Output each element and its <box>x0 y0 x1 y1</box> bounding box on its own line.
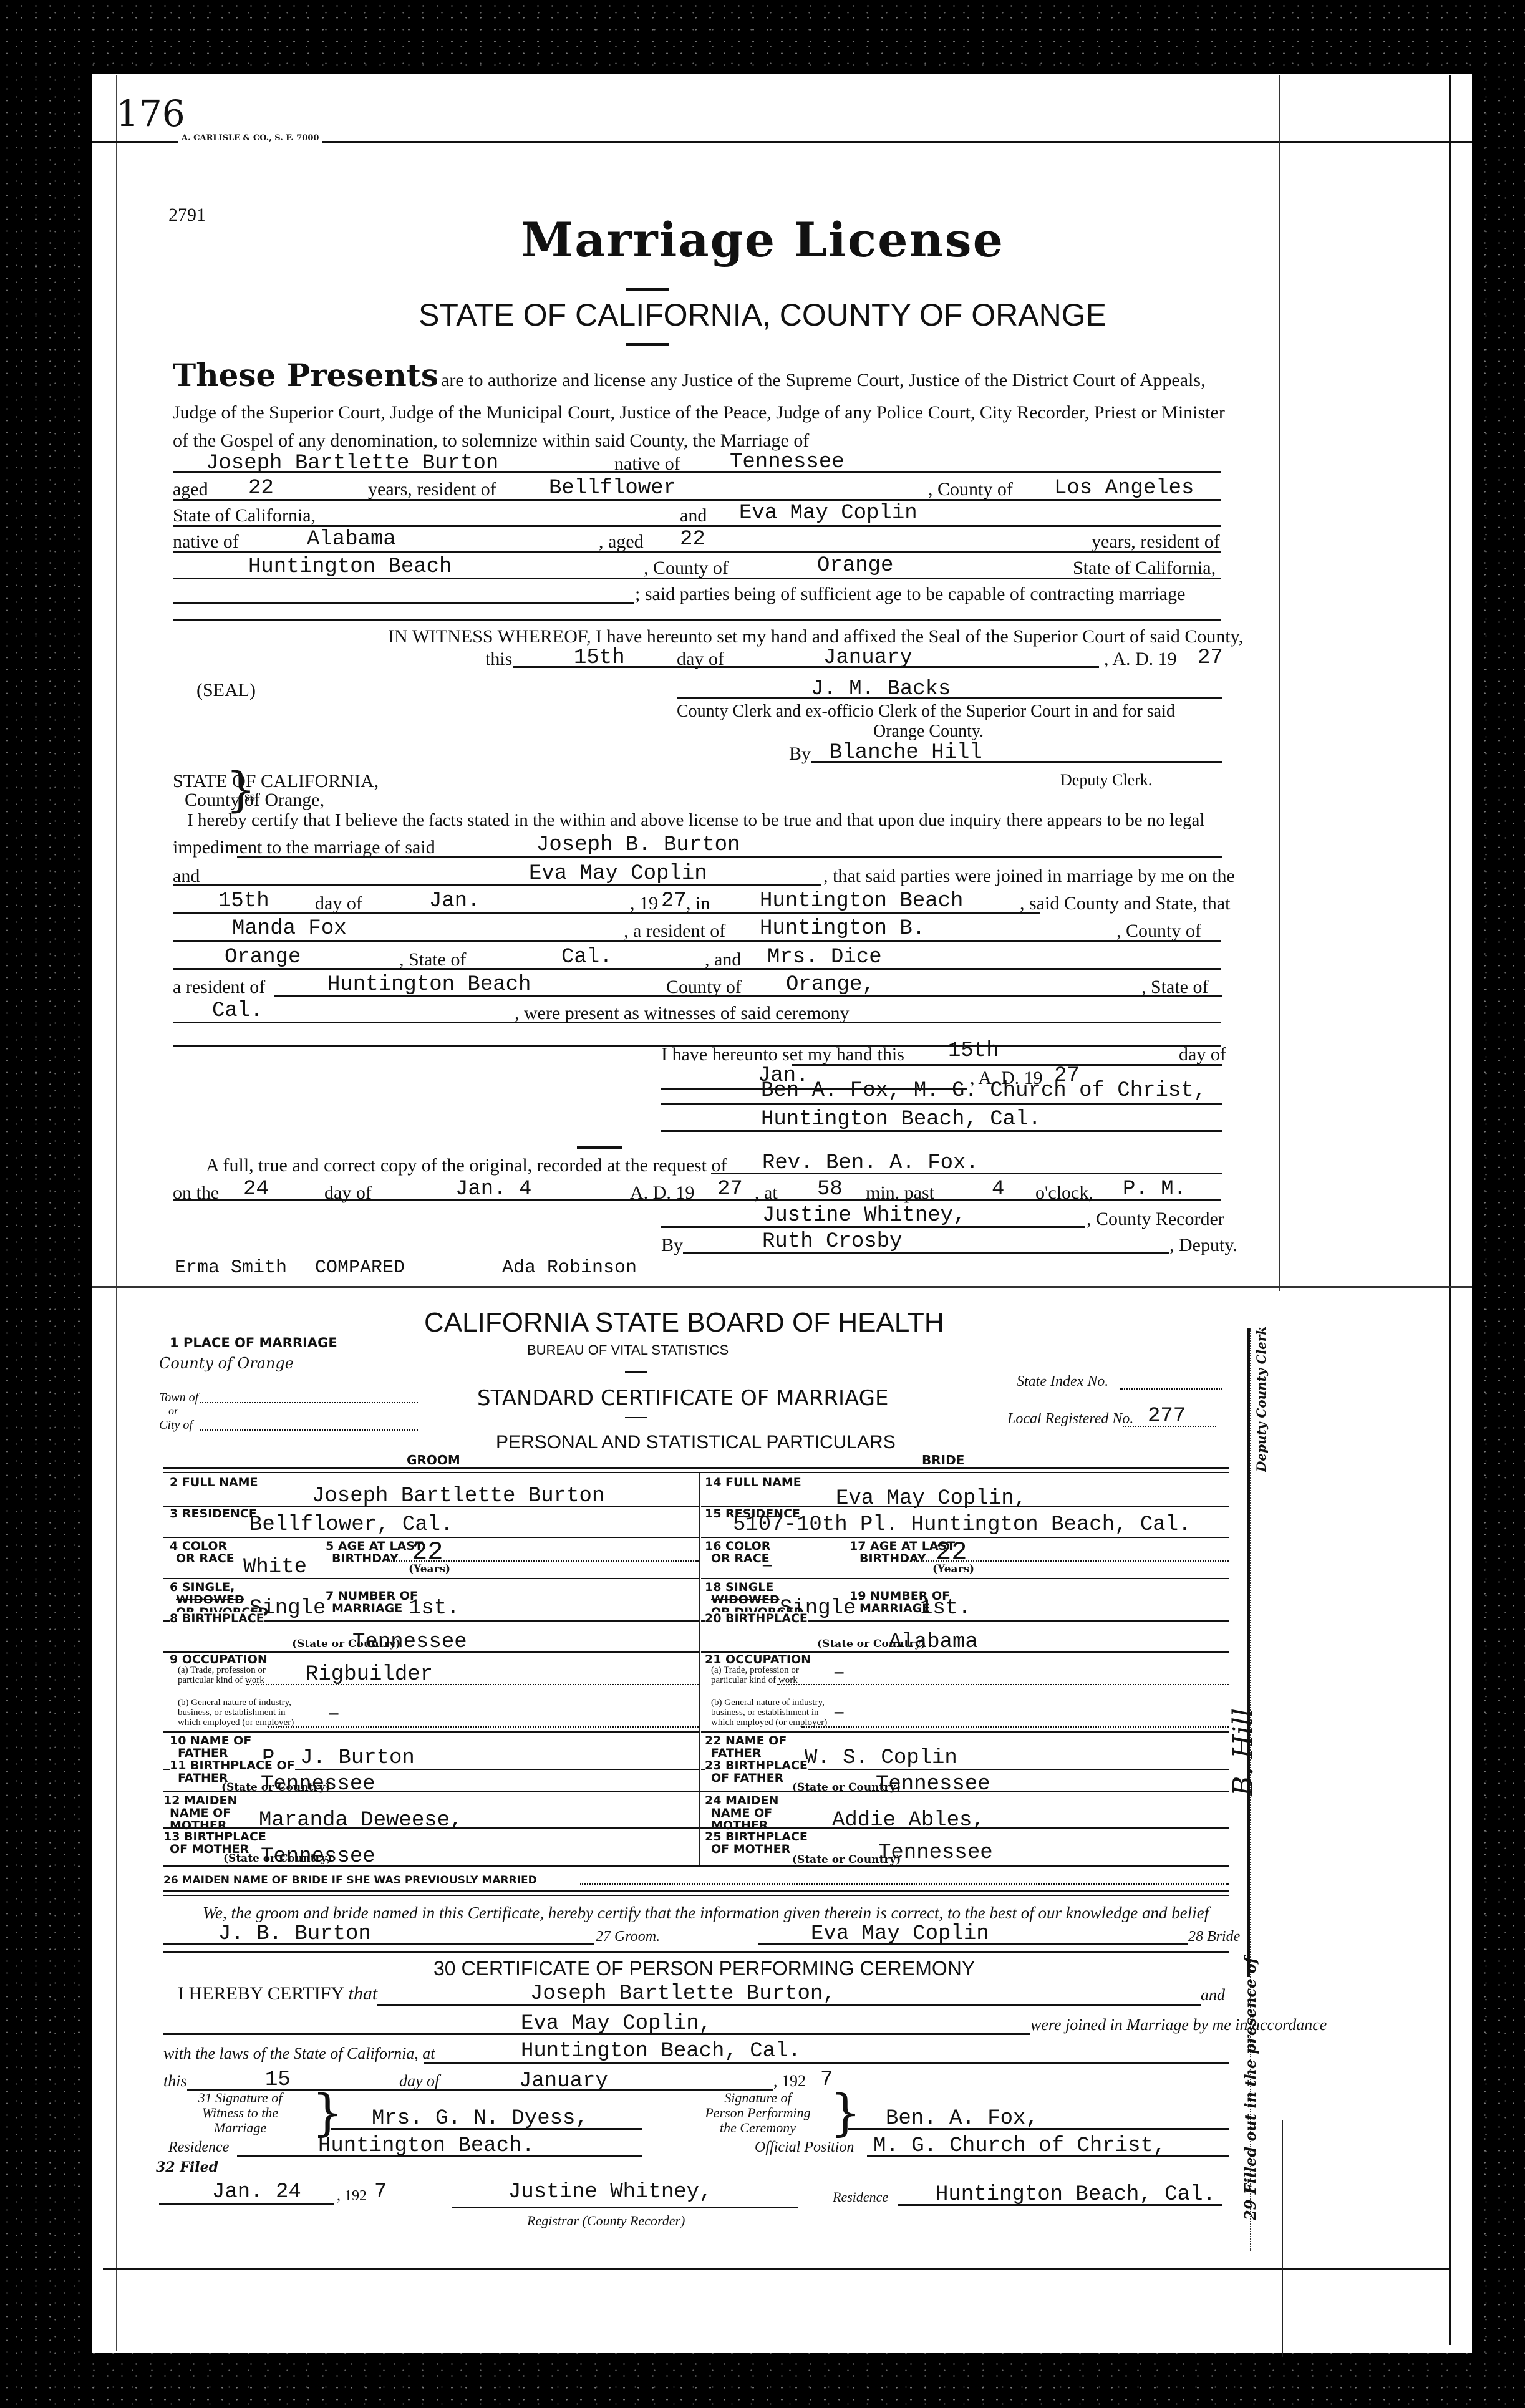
state-label: State of California, <box>1073 558 1216 579</box>
bride-father-field: W. S. Coplin <box>805 1746 957 1770</box>
hand-label: I have hereunto set my hand this <box>661 1044 904 1065</box>
maiden-prev-field <box>580 1883 1229 1885</box>
registrar-signature: Justine Whitney, <box>508 2180 712 2204</box>
ceremony-day-field: 15 <box>265 2068 291 2092</box>
bride-mother-label-2: NAME OF <box>711 1806 772 1820</box>
cert-month-field: Jan. <box>429 889 480 913</box>
filed-label: 32 Filed <box>156 2159 218 2175</box>
bureau-title: BUREAU OF VITAL STATISTICS <box>527 1342 729 1358</box>
groom-occupation-field: Rigbuilder <box>306 1663 433 1686</box>
state-of-label: , State of <box>399 949 466 970</box>
groom-residence-label: 3 RESIDENCE <box>170 1507 257 1521</box>
bride-father-birthplace-label: 23 BIRTHPLACE <box>705 1759 808 1772</box>
field-line <box>173 619 1221 621</box>
officiant-line-1: Ben A. Fox, M. G. Church of Christ, <box>761 1079 1206 1103</box>
maiden-name-prev-label: 26 MAIDEN NAME OF BRIDE IF SHE WAS PREVI… <box>163 1874 537 1887</box>
county-of-label: , County of <box>644 558 729 579</box>
column-divider <box>699 1473 700 1836</box>
groom-widowed-label: WIDOWED <box>176 1593 244 1607</box>
bride-residence-field: 5107-10th Pl. Huntington Beach, Cal. <box>733 1513 1191 1537</box>
town-of-label: Town of <box>159 1391 198 1405</box>
cert-day-field: 15th <box>218 889 269 913</box>
place-of-marriage-label: 1 PLACE OF MARRIAGE <box>170 1336 337 1350</box>
bride-marriage-num-field: 1st. <box>920 1597 971 1620</box>
native-of-label: native of <box>614 453 680 475</box>
oclock-label: o'clock, <box>1035 1182 1093 1204</box>
witness-whereof-text: IN WITNESS WHEREOF, I have hereunto set … <box>388 626 1243 647</box>
cert-bride-field: Eva May Coplin <box>529 862 707 886</box>
groom-father-label-2: FATHER <box>178 1746 228 1760</box>
occ-b-label: (b) General nature of industry, <box>178 1698 291 1708</box>
title-rule <box>626 288 669 291</box>
witness-residence-field: Huntington Beach. <box>318 2134 535 2158</box>
native-of-label: native of <box>173 531 239 553</box>
section-divider <box>92 1286 1472 1288</box>
ad-label: A. D. 19 <box>630 1182 694 1204</box>
groom-native-field: Tennessee <box>730 450 845 474</box>
row-rule <box>163 1578 699 1579</box>
bride-full-name-field: Eva May Coplin, <box>836 1487 1027 1511</box>
witness1-name-field: Manda Fox <box>232 917 347 940</box>
officiant-residence-field: Huntington Beach, Cal. <box>936 2183 1216 2207</box>
this-label: this <box>163 2072 187 2091</box>
hand-day-field: 15th <box>948 1039 999 1063</box>
witness2-state-field: Cal. <box>212 999 263 1023</box>
groom-marriage-num-label: 7 NUMBER OF <box>326 1589 418 1603</box>
cert-title-rule <box>625 1417 647 1418</box>
preamble-line-1: are to authorize and license any Justice… <box>441 370 1206 390</box>
license-subtitle: STATE OF CALIFORNIA, COUNTY OF ORANGE <box>0 297 1525 333</box>
year-prefix: , 192 <box>337 2188 367 2205</box>
bride-column-header: BRIDE <box>922 1453 964 1467</box>
margin-deputy-signature: B. Hill <box>1227 1708 1259 1796</box>
local-registered-field: 277 <box>1148 1405 1186 1428</box>
bride-signature: Eva May Coplin <box>811 1922 989 1946</box>
registrar-label: Registrar (County Recorder) <box>527 2213 685 2229</box>
groom-column-header: GROOM <box>407 1453 460 1467</box>
officiant-signature-label-3: the Ceremony <box>686 2120 830 2135</box>
groom-father-birthplace-label-2: FATHER <box>178 1771 228 1785</box>
bride-occupation-label: 21 OCCUPATION <box>705 1653 811 1666</box>
record-year-field: 27 <box>717 1177 743 1201</box>
groom-age-label: 5 AGE AT LAST <box>326 1539 423 1553</box>
years-label: (Years) <box>932 1563 974 1575</box>
occ-a-label: (a) Trade, profession or <box>711 1665 799 1676</box>
officiant-signature-field: Ben. A. Fox, <box>886 2107 1038 2130</box>
groom-father-birthplace-field: Tennessee <box>261 1772 375 1796</box>
bride-birthplace-field: Alabama <box>889 1630 978 1654</box>
license-month-field: January <box>823 646 913 670</box>
at-label: , at <box>755 1182 778 1204</box>
cert-groom-field: Joseph B. Burton <box>536 833 740 857</box>
license-day-field: 15th <box>574 646 625 670</box>
sufficient-age-text: ; said parties being of sufficient age t… <box>635 584 1185 605</box>
and-label: and <box>680 505 707 526</box>
and-label: and <box>173 866 200 887</box>
license-year-field: 27 <box>1198 646 1223 670</box>
deputy-title: , Deputy. <box>1169 1235 1237 1256</box>
license-title: Marriage License <box>0 212 1525 268</box>
recording-text: A full, true and correct copy of the ori… <box>206 1155 727 1176</box>
county-state-label: , said County and State, that <box>1020 893 1230 914</box>
occ-a-label: (a) Trade, profession or <box>178 1665 266 1676</box>
groom-father-label: 10 NAME OF <box>170 1734 251 1748</box>
groom-marriage-num-label-2: MARRIAGE <box>332 1602 402 1615</box>
bride-father-label-2: FATHER <box>711 1746 762 1760</box>
groom-age-label-2: BIRTHDAY <box>332 1552 399 1565</box>
record-hour-field: 4 <box>992 1177 1004 1201</box>
groom-birthplace-label: 8 BIRTHPLACE <box>170 1612 264 1625</box>
bride-residence-field: Huntington Beach <box>248 555 452 579</box>
table-rule <box>163 1472 1229 1473</box>
bride-age-field: 22 <box>680 528 705 551</box>
bride-father-birthplace-label-2: OF FATHER <box>711 1771 783 1785</box>
recorder-field: Justine Whitney, <box>762 1204 966 1227</box>
bride-mother-birthplace-field: Tennessee <box>878 1841 993 1865</box>
bride-full-name-label: 14 FULL NAME <box>705 1476 801 1489</box>
record-day-field: 24 <box>243 1177 269 1201</box>
row-rule <box>163 1791 1229 1792</box>
recording-deputy-field: Ruth Crosby <box>762 1230 902 1254</box>
witness-signature-field: Mrs. G. N. Dyess, <box>372 2107 588 2130</box>
registrar-line <box>452 2207 798 2208</box>
year-prefix: , 19 <box>630 893 658 914</box>
cert-year-field: 27 <box>661 889 687 913</box>
deputy-clerk-field: Blanche Hill <box>830 741 982 765</box>
witness-signature-label-3: Marriage <box>172 2120 309 2135</box>
bride-signature-label: 28 Bride <box>1188 1928 1240 1945</box>
right-border-line <box>1449 75 1451 2345</box>
cert-place-field: Huntington Beach <box>760 889 963 913</box>
occ-line <box>268 1726 699 1728</box>
groom-mother-label-2: NAME OF <box>170 1806 231 1820</box>
bride-widowed-label: WIDOWED <box>711 1593 780 1607</box>
groom-marriage-num-field: 1st. <box>409 1597 460 1620</box>
page-number: 176 <box>116 92 185 135</box>
record-meridiem-field: P. M. <box>1123 1177 1186 1201</box>
min-past-label: min. past <box>866 1182 934 1204</box>
filed-date-field: Jan. 24 <box>212 2180 301 2204</box>
occ-b-label-2: business, or establishment in <box>711 1708 819 1718</box>
on-the-label: on the <box>173 1182 219 1204</box>
bride-color-label: 16 COLOR <box>705 1539 770 1553</box>
groom-age-field: 22 <box>248 476 274 500</box>
day-of-label: day of <box>1179 1044 1226 1065</box>
row-rule <box>163 1895 1229 1896</box>
and-label: , and <box>705 949 741 970</box>
official-position-label: Official Position <box>755 2139 854 2156</box>
certificate-title: STANDARD CERTIFICATE OF MARRIAGE <box>477 1386 889 1411</box>
groom-signature-label: 27 Groom. <box>596 1928 660 1945</box>
official-position-field: M. G. Church of Christ, <box>873 2134 1166 2158</box>
witness2-name-field: Mrs. Dice <box>767 945 882 969</box>
field-line <box>661 1103 1222 1105</box>
field-line <box>173 551 1221 553</box>
bride-mother-label: 24 MAIDEN <box>705 1794 778 1807</box>
deputy-clerk-title: Deputy Clerk. <box>1060 770 1152 791</box>
by-label: By <box>661 1235 683 1256</box>
ceremony-month-field: January <box>519 2069 608 2093</box>
laws-label: with the laws of the State of California… <box>163 2044 435 2063</box>
bride-father-label: 22 NAME OF <box>705 1734 787 1748</box>
residence-label: Residence <box>168 2139 229 2156</box>
officiant-brace: } <box>830 2088 861 2138</box>
state-label: State of California, <box>173 505 316 526</box>
town-field <box>200 1402 418 1403</box>
witness1-state-field: Cal. <box>561 945 612 969</box>
that-label: that <box>348 1983 377 2004</box>
years-resident-label: years, resident of <box>1092 531 1220 553</box>
row-rule <box>701 1731 1229 1733</box>
year-prefix: , 192 <box>773 2072 806 2091</box>
this-label: this <box>485 649 512 670</box>
clerk-name-field: J. M. Backs <box>811 677 951 701</box>
row-rule <box>163 1890 1229 1892</box>
requester-field: Rev. Ben. A. Fox. <box>762 1151 979 1175</box>
ceremony-groom-field: Joseph Bartlette Burton, <box>530 1982 836 2006</box>
groom-signature: J. B. Burton <box>218 1922 371 1946</box>
printer-imprint: A. CARLISLE & CO., S. F. 7000 <box>178 133 322 143</box>
field-line <box>173 884 821 886</box>
witness1-residence-field: Huntington B. <box>760 917 925 940</box>
preamble-line-2: Judge of the Superior Court, Judge of th… <box>173 402 1225 423</box>
officiant-signature-label: Signature of <box>686 2091 830 2106</box>
groom-full-name-field: Joseph Bartlette Burton <box>312 1484 604 1508</box>
residence-label: Residence <box>833 2189 888 2205</box>
record-month-field: Jan. 4 <box>455 1177 531 1201</box>
witness2-residence-field: Huntington Beach <box>327 973 531 997</box>
ceremony-place-field: Huntington Beach, Cal. <box>521 2039 801 2063</box>
groom-residence-field: Bellflower <box>549 476 676 500</box>
day-of-label: day of <box>315 893 362 914</box>
county-label: County of Orange <box>159 1355 294 1372</box>
joined-label: were joined in Marriage by me in accorda… <box>1030 2016 1327 2034</box>
clerk-title: County Clerk and ex-officio Clerk of the… <box>677 701 1175 722</box>
groom-age-field: 22 <box>412 1540 443 1564</box>
ss-label: ss. <box>244 786 259 807</box>
day-of-label: day of <box>677 649 724 670</box>
preamble-line-3: of the Gospel of any denomination, to so… <box>173 430 809 452</box>
divider-rule <box>577 1146 622 1149</box>
compared-left-name: Erma Smith <box>175 1256 287 1280</box>
city-field <box>200 1429 418 1431</box>
groom-name-field: Joseph Bartlette Burton <box>206 452 498 475</box>
row-rule <box>163 1865 1229 1867</box>
field-line <box>683 1252 1169 1254</box>
years-resident-label: years, resident of <box>368 479 496 500</box>
groom-marital-label: 6 SINGLE, <box>170 1580 235 1594</box>
bride-name-field: Eva May Coplin <box>739 501 917 525</box>
bride-industry-field: – <box>833 1701 845 1725</box>
compared-right-name: Ada Robinson <box>502 1256 637 1280</box>
state-of-label: , State of <box>1141 977 1208 998</box>
impediment-label: impediment to the marriage of said <box>173 837 435 858</box>
occ-line <box>801 1726 1229 1728</box>
bride-mother-field: Addie Ables, <box>832 1809 985 1832</box>
row-rule <box>701 1578 1229 1579</box>
ad-label: , A. D. 19 <box>1104 649 1177 670</box>
county-of-label: , County of <box>1116 921 1201 942</box>
state-index-label: State Index No. <box>1017 1373 1108 1390</box>
filed-year-field: 7 <box>374 2180 387 2204</box>
bride-color-field: – <box>761 1554 773 1578</box>
bureau-rule <box>625 1371 647 1373</box>
clerk-county: Orange County. <box>873 721 984 742</box>
certify-text: I hereby certify that I believe the fact… <box>187 810 1204 831</box>
officiant-line-2: Huntington Beach, Cal. <box>761 1108 1041 1131</box>
hereby-certify-label: I HEREBY CERTIFY <box>178 1983 344 2004</box>
attestation-text: We, the groom and bride named in this Ce… <box>203 1903 1209 1923</box>
filled-in-presence-label: 29 Filled out in the presence of <box>1241 1957 1259 2220</box>
witness-brace: } <box>312 2088 344 2138</box>
witness-signature-label: 31 Signature of <box>172 2091 309 2106</box>
bride-mother-birthplace-label: 25 BIRTHPLACE <box>705 1830 808 1844</box>
day-of-label: day of <box>324 1182 372 1204</box>
by-label: By <box>789 743 811 765</box>
in-label: , in <box>686 893 710 914</box>
seal-label: (SEAL) <box>196 680 256 701</box>
bride-age-field: 22 <box>936 1540 967 1564</box>
state-index-field <box>1120 1388 1222 1390</box>
board-title: CALIFORNIA STATE BOARD OF HEALTH <box>424 1307 944 1338</box>
occ-b-label: (b) General nature of industry, <box>711 1698 825 1708</box>
record-minutes-field: 58 <box>817 1177 843 1201</box>
lead-word: These Presents <box>173 357 438 394</box>
field-line <box>173 602 634 604</box>
row-rule <box>163 1951 1229 1953</box>
groom-color-label-2: OR RACE <box>176 1552 235 1565</box>
and-label: and <box>1201 1986 1225 2004</box>
row-rule <box>163 1827 1229 1829</box>
day-of-label: day of <box>399 2072 439 2091</box>
bride-mother-birthplace-label-2: OF MOTHER <box>711 1842 790 1856</box>
joined-label: , that said parties were joined in marri… <box>823 866 1235 887</box>
bride-county-field: Orange <box>817 554 893 578</box>
right-lower-line <box>1282 2120 1283 2357</box>
bride-father-birthplace-field: Tennessee <box>876 1772 990 1796</box>
groom-color-field: White <box>243 1555 307 1579</box>
groom-industry-field: – <box>327 1703 340 1726</box>
bride-marital-label: 18 SINGLE <box>705 1580 773 1594</box>
or-label: or <box>168 1405 178 1418</box>
resident-of-label: a resident of <box>173 977 265 998</box>
state-venue: STATE OF CALIFORNIA, <box>173 771 379 792</box>
bride-occupation-field: – <box>833 1661 845 1685</box>
officiant-signature-label-2: Person Performing <box>686 2106 830 2120</box>
witness2-county-field: Orange, <box>786 973 875 997</box>
groom-mother-label: 12 MAIDEN <box>163 1794 237 1807</box>
present-label: , were present as witnesses of said cere… <box>515 1003 849 1024</box>
witness1-county-field: Orange <box>225 945 301 969</box>
county-of-label: County of <box>666 977 742 998</box>
margin-signature-line <box>1247 1328 1250 1977</box>
groom-occupation-label: 9 OCCUPATION <box>170 1653 268 1666</box>
row-rule <box>163 1731 699 1733</box>
aged-label: , aged <box>599 531 644 553</box>
field-line <box>173 968 1221 970</box>
column-divider <box>699 1791 700 1866</box>
recorder-title: , County Recorder <box>1087 1209 1224 1230</box>
aged-label: aged <box>173 479 208 500</box>
page-edge-tab <box>1435 94 1472 162</box>
ceremony-certificate-title: 30 CERTIFICATE OF PERSON PERFORMING CERE… <box>433 1957 975 1980</box>
table-rule <box>163 1467 1229 1469</box>
ceremony-bride-field: Eva May Coplin, <box>521 2012 712 2036</box>
groom-color-label: 4 COLOR <box>170 1539 227 1553</box>
county-of-label: , County of <box>928 479 1013 500</box>
groom-father-birthplace-label: 11 BIRTHPLACE OF <box>170 1759 295 1772</box>
deputy-county-clerk-label: Deputy County Clerk <box>1254 1327 1269 1472</box>
groom-county-field: Los Angeles <box>1054 476 1194 500</box>
bride-age-label-2: BIRTHDAY <box>859 1552 926 1565</box>
groom-mother-field: Maranda Deweese, <box>259 1809 462 1832</box>
groom-residence-field: Bellflower, Cal. <box>249 1513 453 1537</box>
particulars-title: PERSONAL AND STATISTICAL PARTICULARS <box>496 1432 896 1453</box>
resident-of-label: , a resident of <box>624 921 725 942</box>
compared-label: COMPARED <box>315 1256 405 1280</box>
occ-b-label-2: business, or establishment in <box>178 1708 286 1718</box>
groom-mother-birthplace-label: 13 BIRTHPLACE <box>163 1830 266 1844</box>
groom-full-name-label: 2 FULL NAME <box>170 1476 258 1489</box>
bride-native-field: Alabama <box>307 528 396 551</box>
local-registered-label: Local Registered No. <box>1007 1411 1133 1428</box>
left-binding-line <box>116 75 117 2351</box>
city-of-label: City of <box>159 1418 193 1433</box>
subtitle-rule <box>626 343 669 346</box>
witness-signature-label-2: Witness to the <box>172 2106 309 2120</box>
bottom-rule <box>103 2268 1450 2270</box>
bride-birthplace-label: 20 BIRTHPLACE <box>705 1612 808 1625</box>
groom-birthplace-field: Tennessee <box>352 1630 467 1654</box>
years-label: (Years) <box>409 1563 450 1575</box>
